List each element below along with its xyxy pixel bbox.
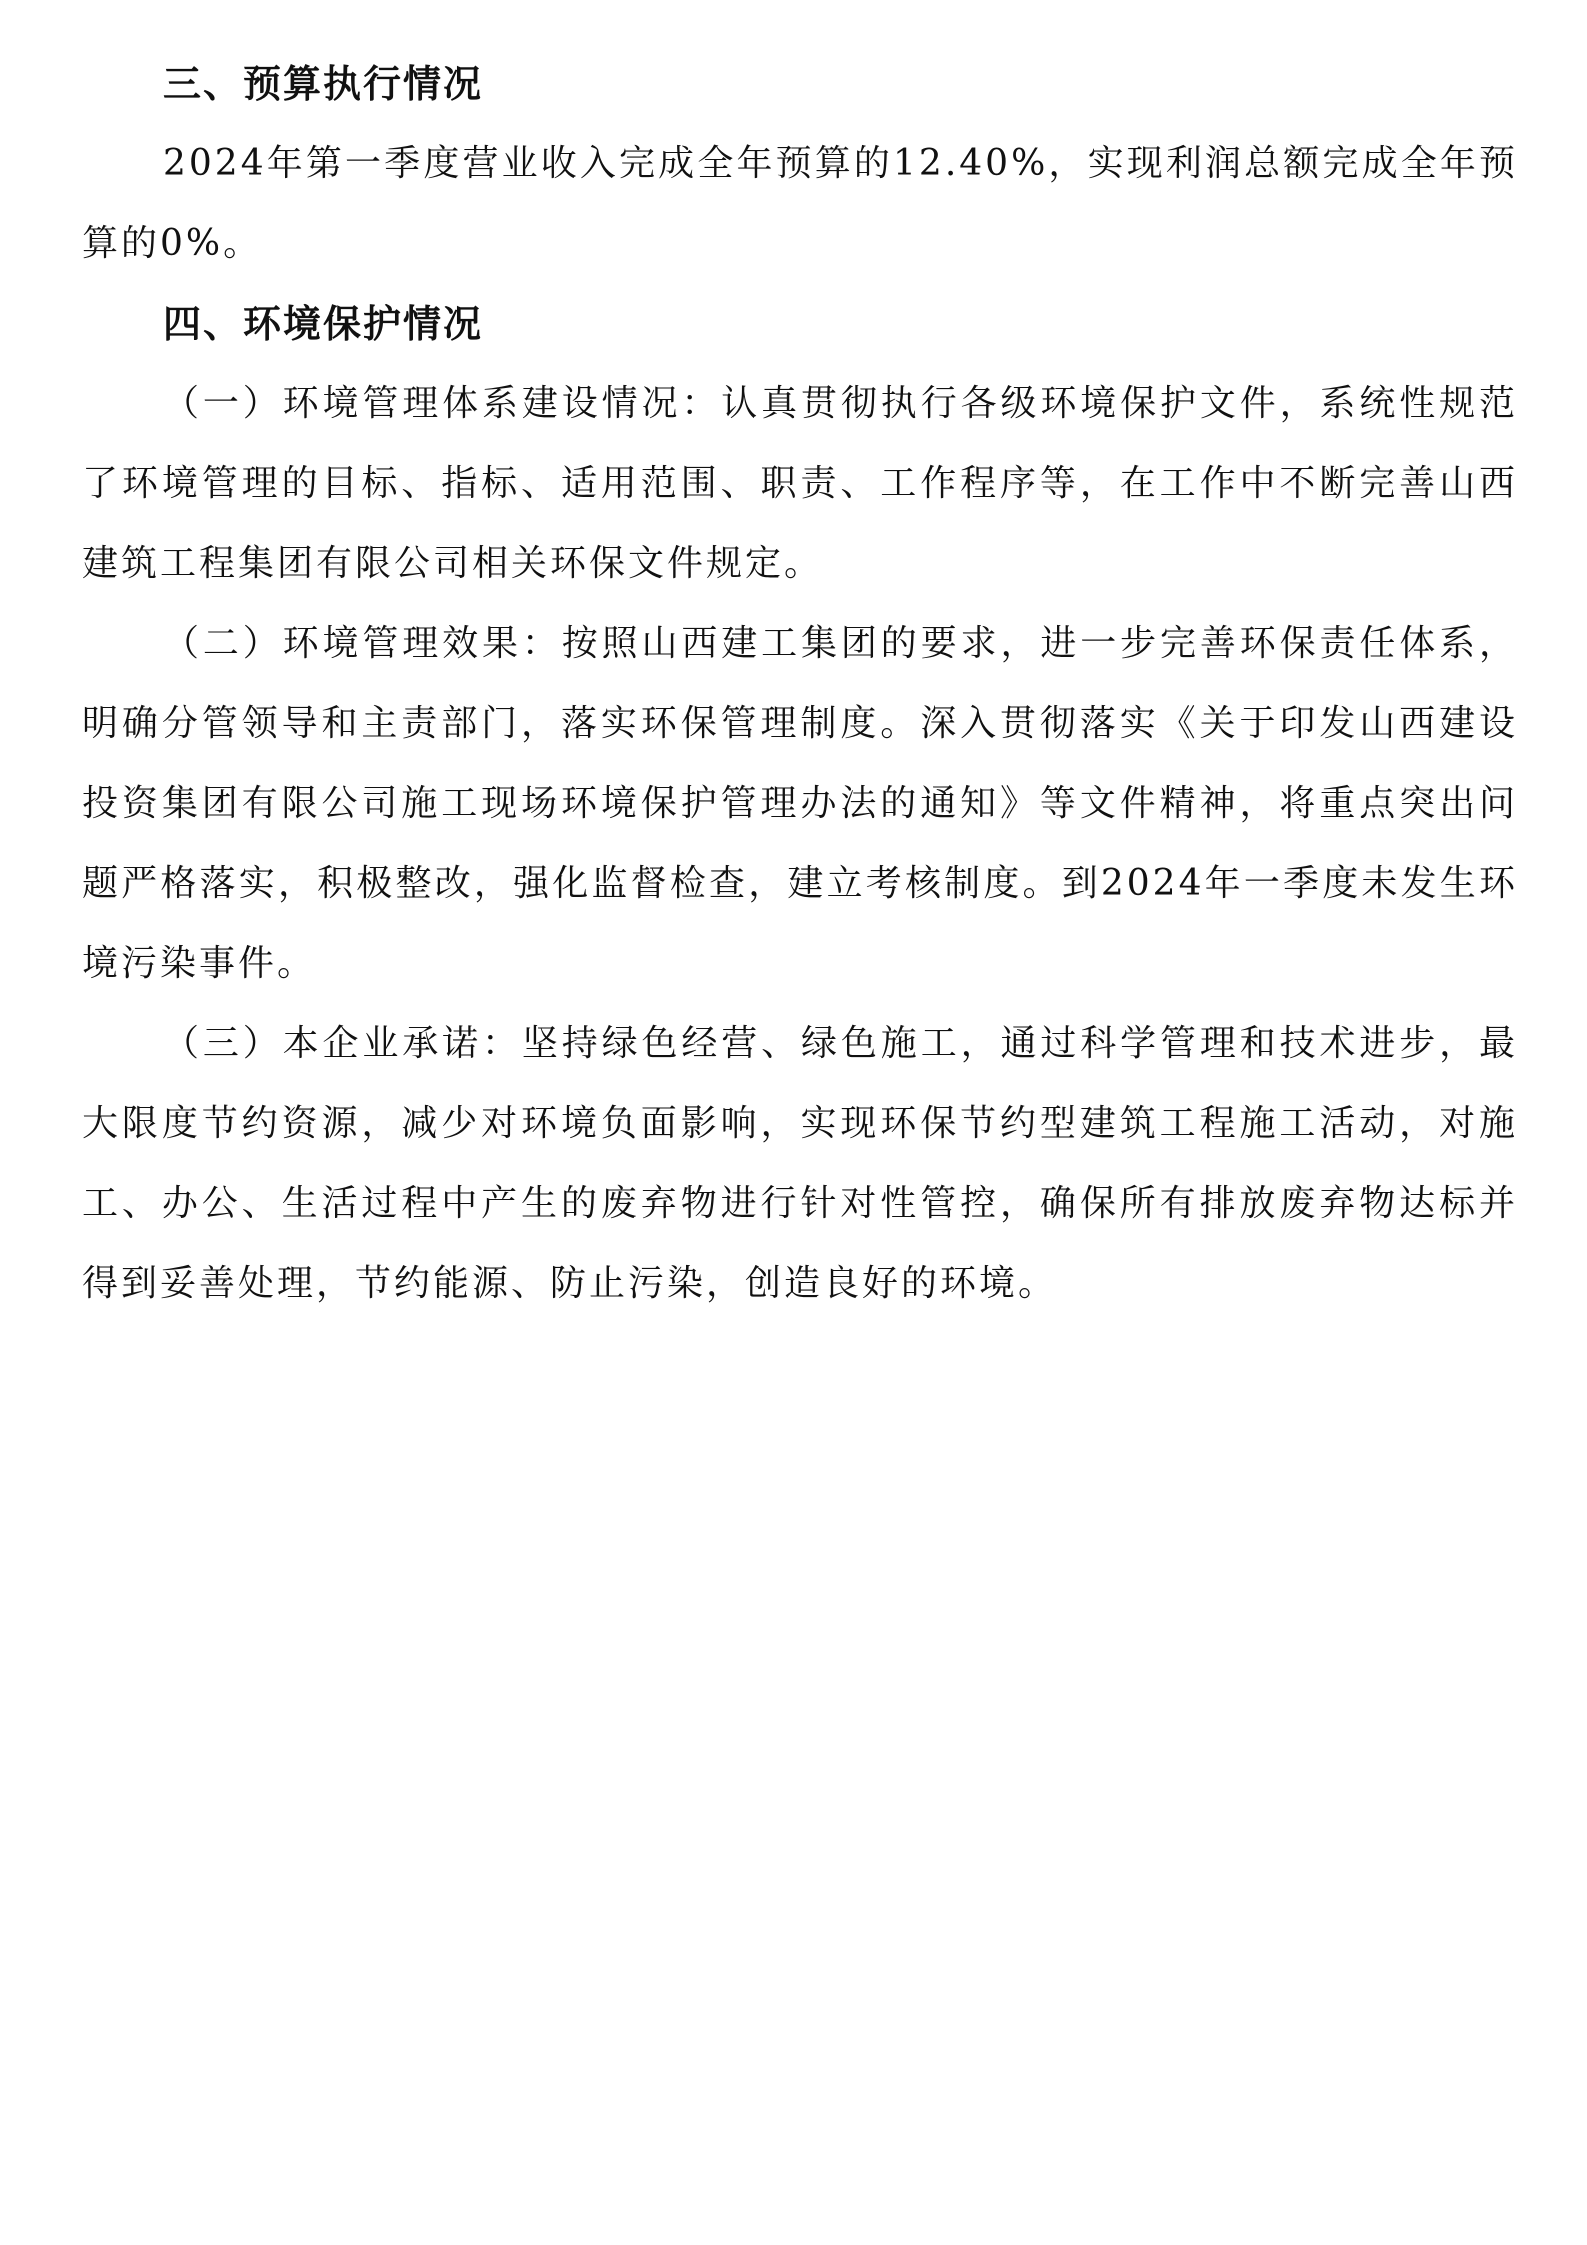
paragraph-enterprise-commitment: （三）本企业承诺：坚持绿色经营、绿色施工，通过科学管理和技术进步，最大限度节约资…	[82, 1004, 1518, 1324]
section-heading-budget: 三、预算执行情况	[82, 44, 1518, 124]
document-page: 三、预算执行情况 2024年第一季度营业收入完成全年预算的12.40%，实现利润…	[82, 44, 1518, 1324]
paragraph-env-management-system: （一）环境管理体系建设情况：认真贯彻执行各级环境保护文件，系统性规范了环境管理的…	[82, 364, 1518, 604]
paragraph-budget-execution: 2024年第一季度营业收入完成全年预算的12.40%，实现利润总额完成全年预算的…	[82, 124, 1518, 284]
paragraph-env-management-effect: （二）环境管理效果：按照山西建工集团的要求，进一步完善环保责任体系，明确分管领导…	[82, 604, 1518, 1004]
section-heading-environment: 四、环境保护情况	[82, 284, 1518, 364]
